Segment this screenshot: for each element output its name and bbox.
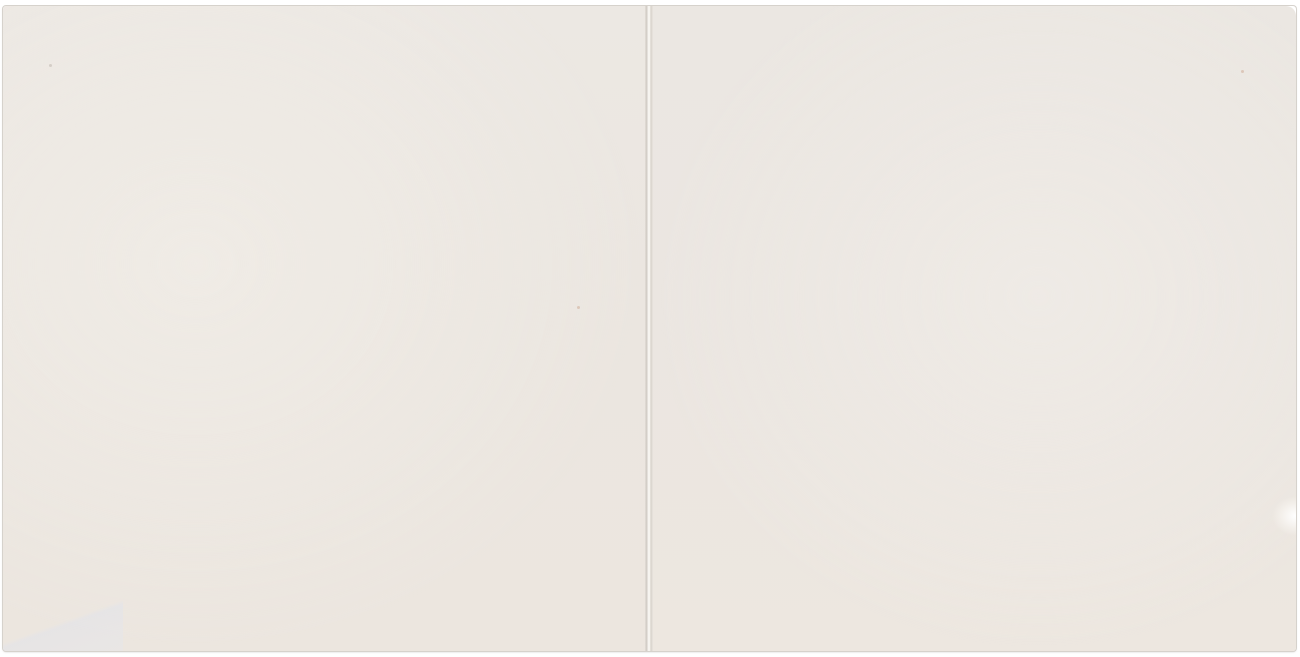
edge-notch: [1272, 496, 1296, 536]
center-fold: [645, 6, 653, 651]
scanned-card: [0, 0, 1300, 657]
corner-crease: [3, 601, 123, 651]
paper-speck: [577, 306, 580, 309]
folded-card: [3, 6, 1296, 651]
left-panel: [3, 6, 645, 651]
right-panel: [653, 6, 1296, 651]
paper-speck: [1241, 70, 1244, 73]
paper-speck: [49, 64, 52, 67]
